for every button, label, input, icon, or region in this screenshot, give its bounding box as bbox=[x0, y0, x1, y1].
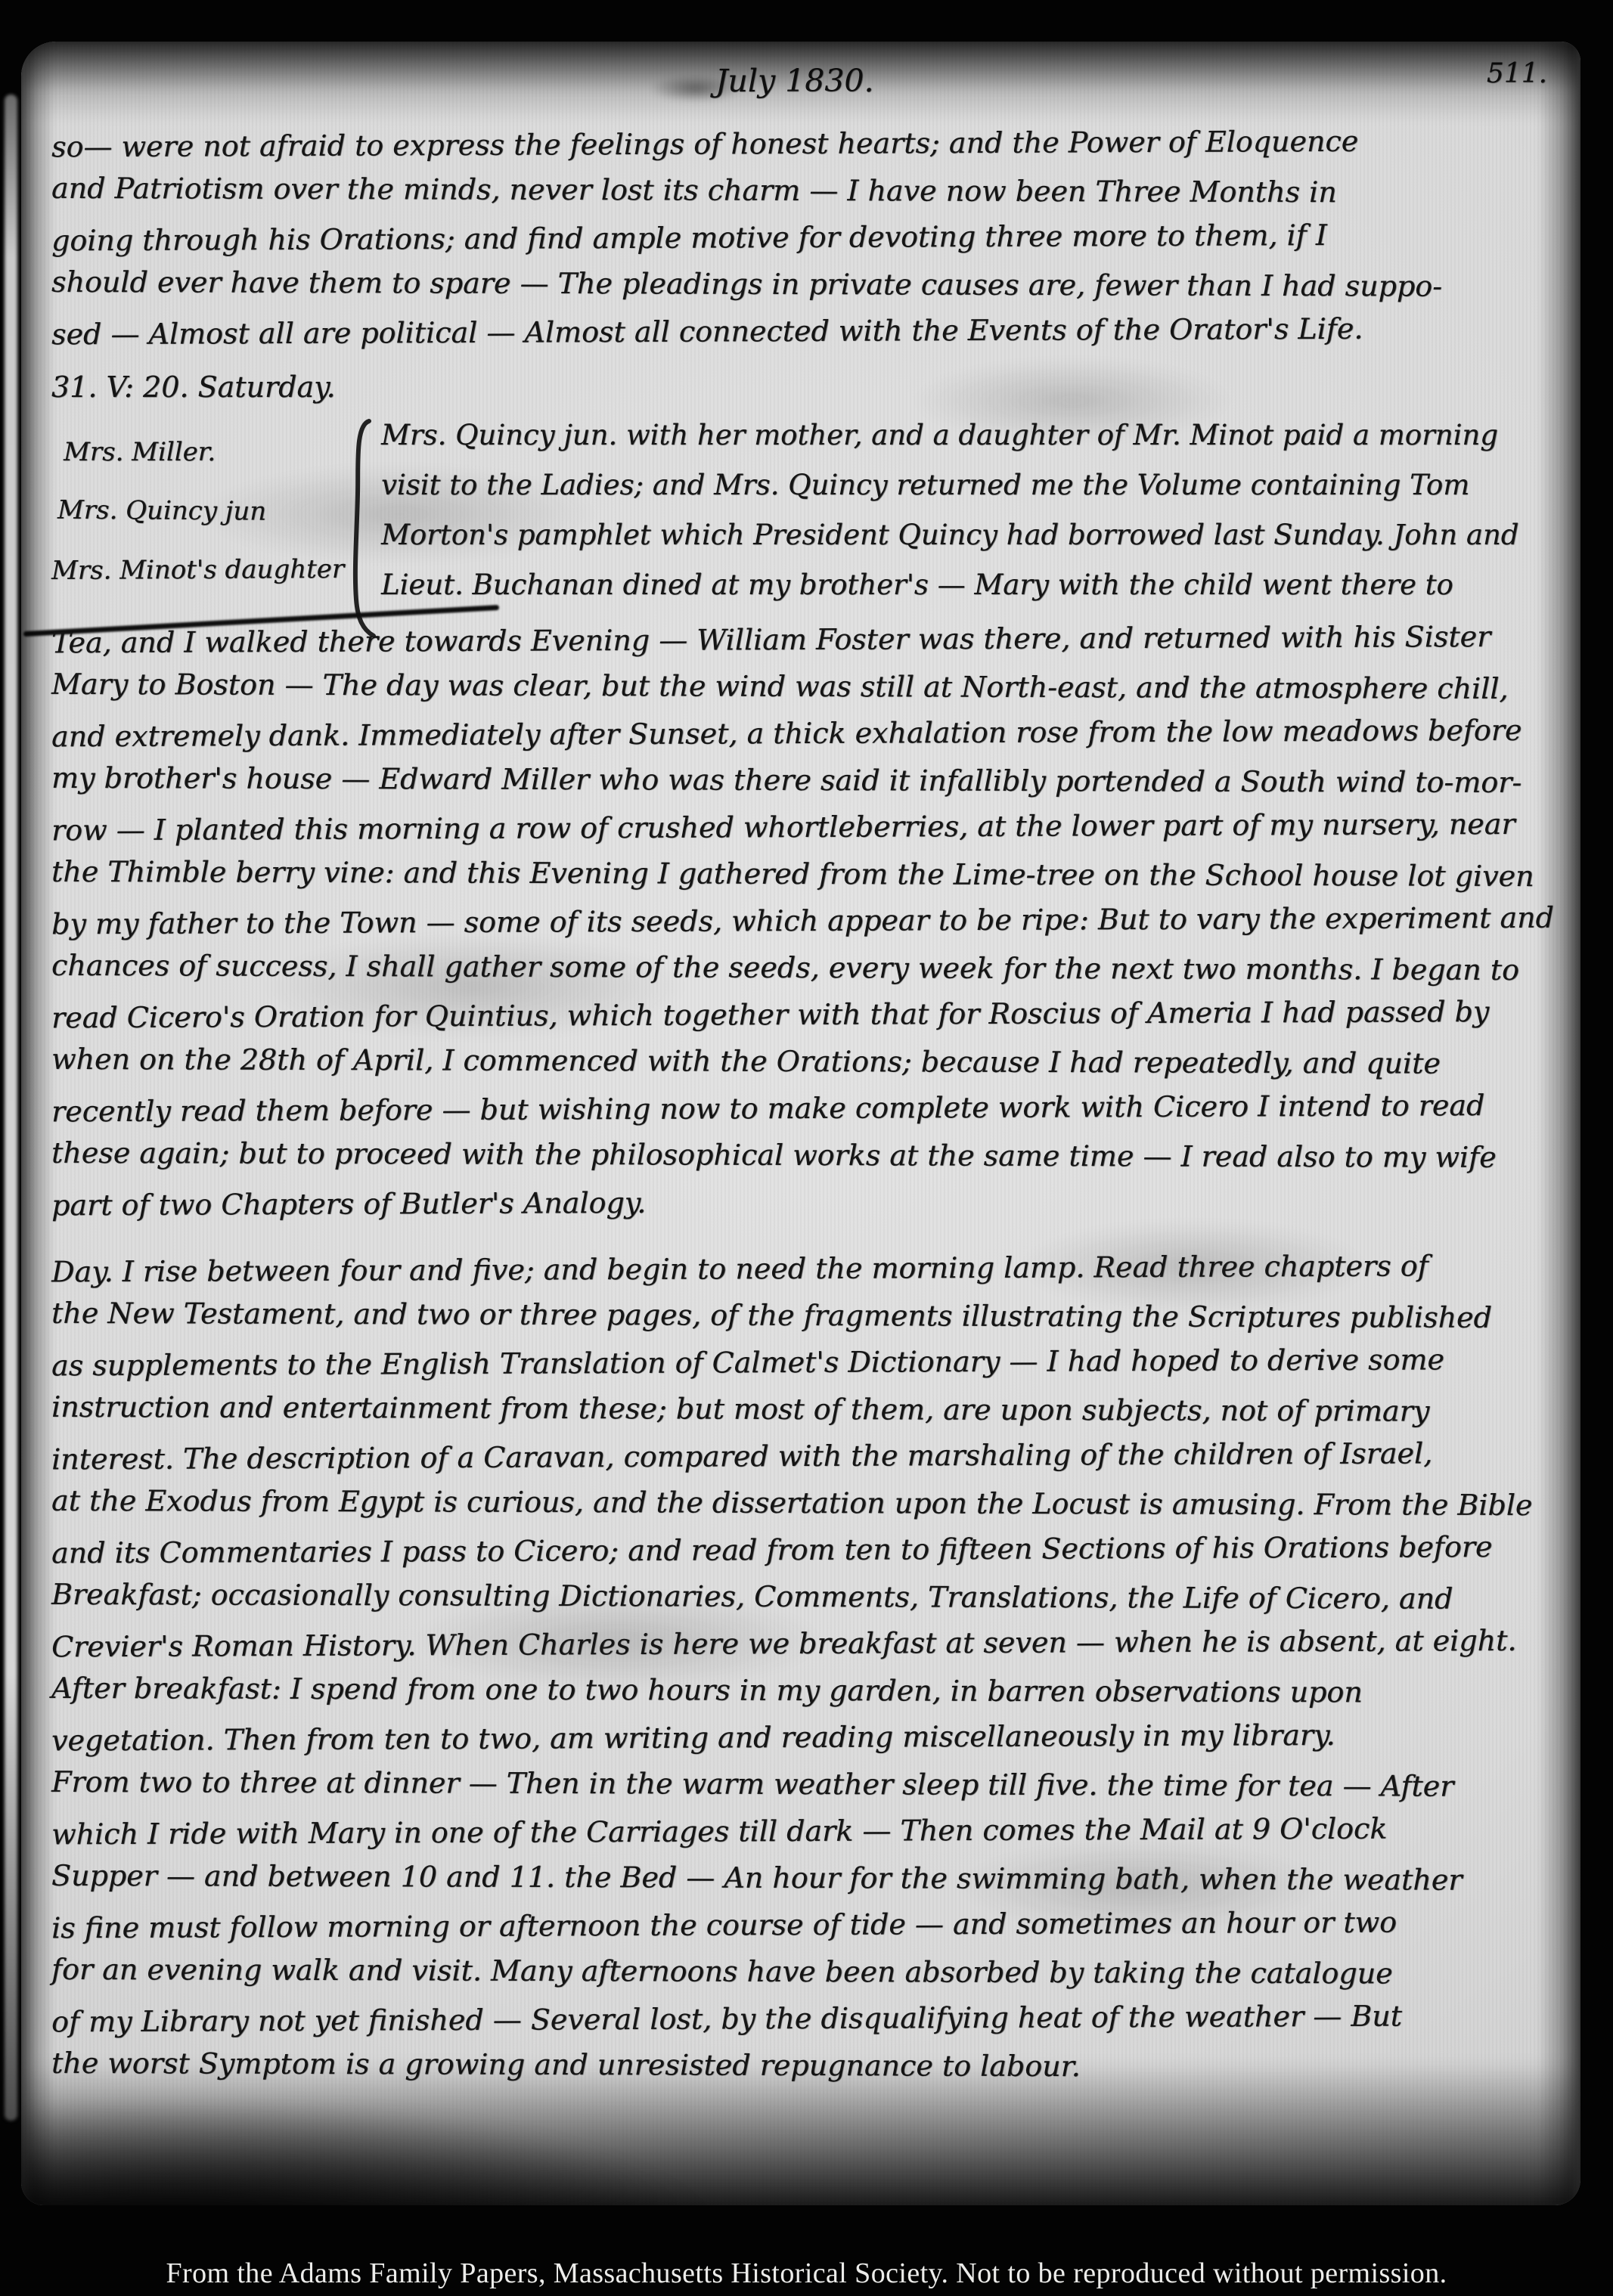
page-edge-shadow-top bbox=[21, 42, 1580, 122]
entry-visit-text: Mrs. Quincy jun. with her mother, and a … bbox=[381, 411, 1558, 610]
page-edge-shadow-left bbox=[21, 42, 54, 2205]
manuscript-line: at the Exodus from Egypt is curious, and… bbox=[51, 1477, 1558, 1529]
manuscript-line: and extremely dank. Immediately after Su… bbox=[51, 707, 1558, 761]
manuscript-photograph: July 1830. 511. so— were not afraid to e… bbox=[0, 0, 1613, 2296]
manuscript-content: July 1830. 511. so— were not afraid to e… bbox=[51, 58, 1558, 2089]
manuscript-line: recently read them before — but wishing … bbox=[51, 1082, 1558, 1136]
manuscript-line: vegetation. Then from ten to two, am wri… bbox=[51, 1711, 1558, 1765]
archive-credit-caption: From the Adams Family Papers, Massachuse… bbox=[0, 2257, 1613, 2290]
manuscript-line: should ever have them to spare — The ple… bbox=[51, 259, 1558, 310]
manuscript-line: my brother's house — Edward Miller who w… bbox=[51, 754, 1558, 806]
manuscript-line: Breakfast; occasionally consulting Dicti… bbox=[51, 1571, 1558, 1622]
manuscript-line: by my father to the Town — some of its s… bbox=[51, 894, 1558, 948]
manuscript-line: instruction and entertainment from these… bbox=[51, 1383, 1558, 1435]
film-edge-sliver bbox=[5, 95, 17, 2121]
manuscript-line: the New Testament, and two or three page… bbox=[51, 1290, 1558, 1341]
brace-glyph bbox=[343, 418, 377, 637]
margin-note-name: Mrs. Quincy jun bbox=[57, 481, 340, 542]
manuscript-line: row — I planted this morning a row of cr… bbox=[51, 801, 1558, 854]
manuscript-line: which I ride with Mary in one of the Car… bbox=[51, 1805, 1558, 1858]
manuscript-line: Crevier's Roman History. When Charles is… bbox=[51, 1617, 1558, 1671]
manuscript-line: and its Commentaries I pass to Cicero; a… bbox=[51, 1523, 1558, 1577]
manuscript-page: July 1830. 511. so— were not afraid to e… bbox=[21, 42, 1580, 2205]
opening-paragraph: so— were not afraid to express the feeli… bbox=[51, 120, 1558, 355]
manuscript-line: part of two Chapters of Butler's Analogy… bbox=[51, 1176, 1558, 1229]
manuscript-line: read Cicero's Oration for Quintius, whic… bbox=[51, 988, 1558, 1042]
page-edge-shadow-right bbox=[1538, 42, 1580, 2205]
manuscript-line: Mary to Boston — The day was clear, but … bbox=[51, 661, 1558, 712]
manuscript-line: is fine must follow morning or afternoon… bbox=[51, 1898, 1558, 1952]
manuscript-line: Lieut. Buchanan dined at my brother's — … bbox=[381, 560, 1558, 610]
margin-notes: Mrs. Miller. Mrs. Quincy jun Mrs. Minot'… bbox=[51, 411, 339, 610]
entry-date-heading: 31. V: 20. Saturday. bbox=[51, 365, 1558, 409]
entry-visitors-block: Mrs. Miller. Mrs. Quincy jun Mrs. Minot'… bbox=[51, 411, 1558, 610]
manuscript-line: Supper — and between 10 and 11. the Bed … bbox=[51, 1852, 1558, 1904]
manuscript-line: After breakfast: I spend from one to two… bbox=[51, 1665, 1558, 1716]
manuscript-line: these again; but to proceed with the phi… bbox=[51, 1129, 1558, 1181]
daily-routine-paragraph: Day. I rise between four and five; and b… bbox=[51, 1245, 1558, 2089]
manuscript-line: visit to the Ladies; and Mrs. Quincy ret… bbox=[381, 460, 1558, 510]
manuscript-line: chances of success, I shall gather some … bbox=[51, 942, 1558, 993]
manuscript-line: and Patriotism over the minds, never los… bbox=[51, 165, 1558, 216]
manuscript-line: Day. I rise between four and five; and b… bbox=[51, 1242, 1558, 1296]
manuscript-line: Tea, and I walked there towards Evening … bbox=[51, 613, 1558, 667]
manuscript-line: so— were not afraid to express the feeli… bbox=[51, 117, 1558, 171]
entry-body-paragraph: Tea, and I walked there towards Evening … bbox=[51, 616, 1558, 1225]
margin-note-name: Mrs. Miller. bbox=[64, 423, 339, 482]
manuscript-line: sed — Almost all are political — Almost … bbox=[51, 305, 1558, 358]
manuscript-line: Mrs. Quincy jun. with her mother, and a … bbox=[381, 411, 1558, 460]
margin-note-name: Mrs. Minot's daughter bbox=[51, 540, 339, 600]
manuscript-line: of my Library not yet finished — Several… bbox=[51, 1992, 1558, 2046]
manuscript-line: From two to three at dinner — Then in th… bbox=[51, 1758, 1558, 1810]
manuscript-line: Morton's pamphlet which President Quincy… bbox=[381, 510, 1558, 560]
manuscript-line: going through his Orations; and find amp… bbox=[51, 211, 1558, 265]
manuscript-line: interest. The description of a Caravan, … bbox=[51, 1430, 1558, 1483]
manuscript-line: for an evening walk and visit. Many afte… bbox=[51, 1946, 1558, 1997]
manuscript-line: the Thimble berry vine: and this Evening… bbox=[51, 848, 1558, 900]
manuscript-line: as supplements to the English Translatio… bbox=[51, 1336, 1558, 1390]
page-curl-shadow bbox=[21, 2099, 709, 2205]
margin-brace bbox=[339, 411, 381, 610]
manuscript-line: when on the 28th of April, I commenced w… bbox=[51, 1036, 1558, 1087]
